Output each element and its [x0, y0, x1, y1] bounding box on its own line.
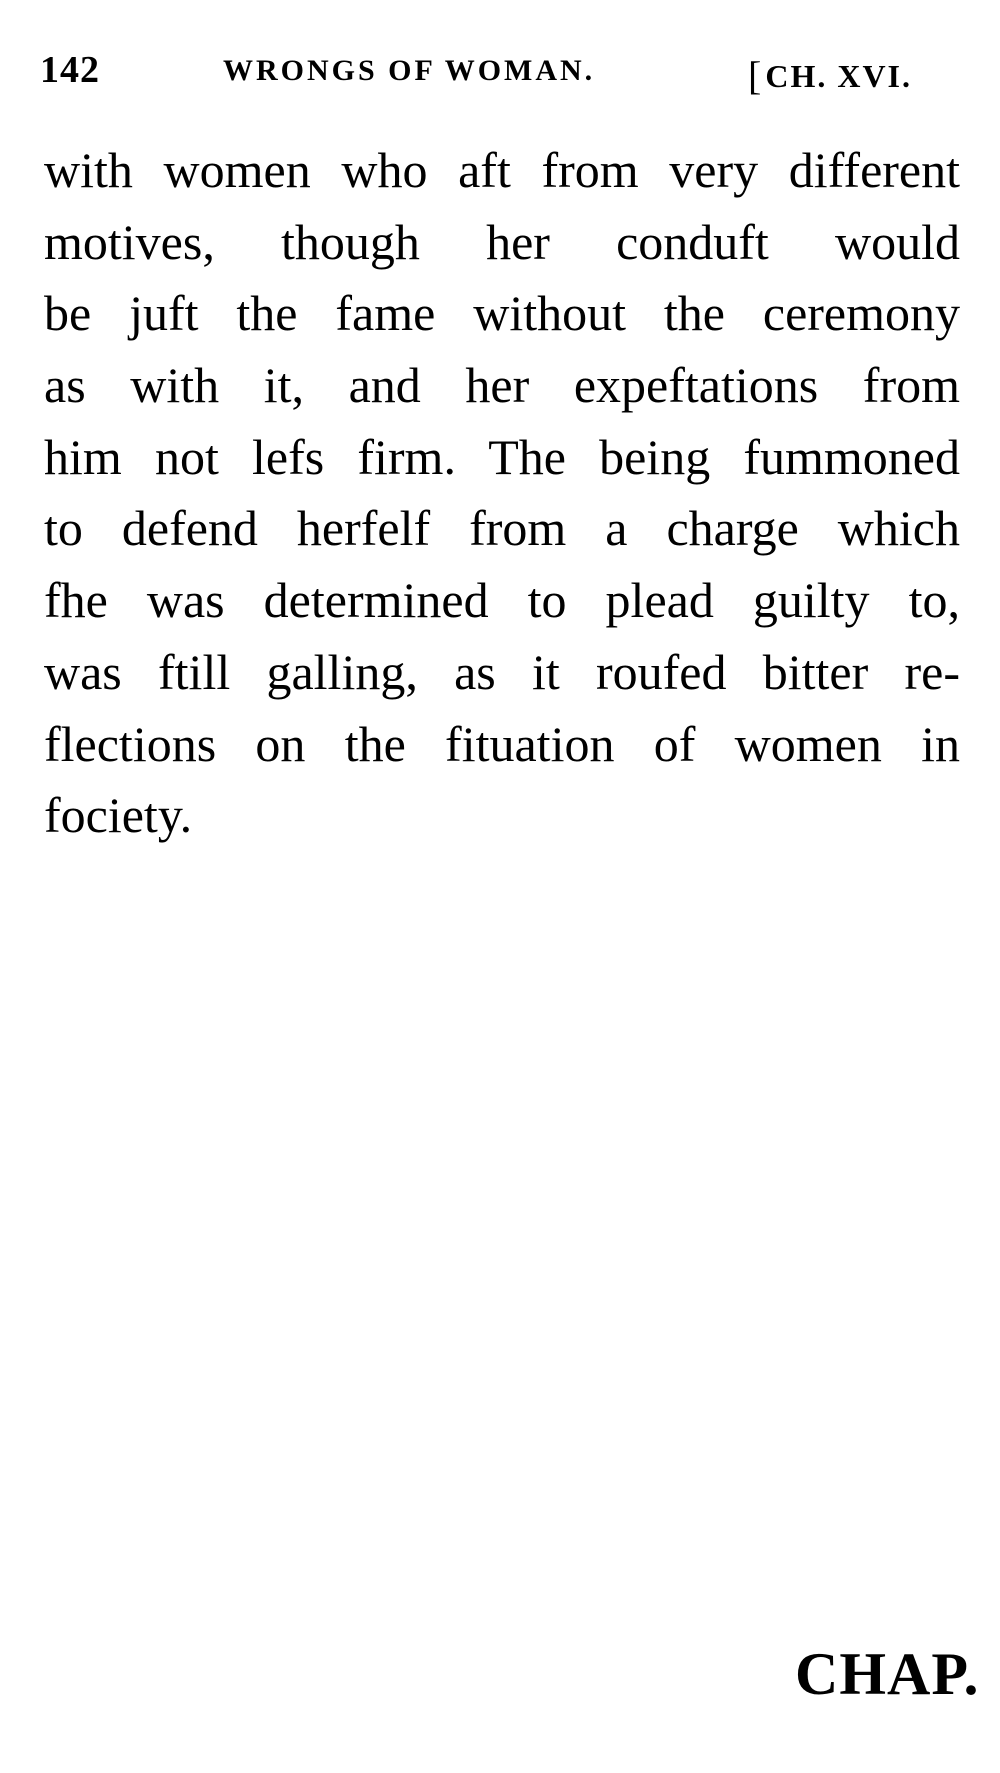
chapter-label: CH. XVI.: [765, 58, 912, 94]
text-line: was ftill galling, as it roufed bitter r…: [44, 637, 960, 709]
running-head: 142 WRONGS OF WOMAN. [CH. XVI.: [40, 48, 960, 98]
text-line: with women who aft from very different: [44, 135, 960, 207]
text-line: fhe was determined to plead guilty to,: [44, 565, 960, 637]
running-title: WRONGS OF WOMAN.: [223, 54, 595, 88]
text-line: be juft the fame without the ceremony: [44, 278, 960, 350]
text-line: as with it, and her expeftations from: [44, 350, 960, 422]
text-line: him not lefs firm. The being fummoned: [44, 422, 960, 494]
text-line: flections on the fituation of women in: [44, 709, 960, 781]
body-text: with women who aft from very different m…: [44, 135, 960, 852]
page-number: 142: [40, 48, 100, 92]
text-line: motives, though her conduft would: [44, 207, 960, 279]
chapter-reference: [CH. XVI.: [748, 50, 912, 97]
text-line-last: fociety.: [44, 780, 960, 852]
chapter-bracket: [: [748, 53, 763, 98]
catchword: CHAP.: [795, 1640, 979, 1709]
text-line: to defend herfelf from a charge which: [44, 493, 960, 565]
